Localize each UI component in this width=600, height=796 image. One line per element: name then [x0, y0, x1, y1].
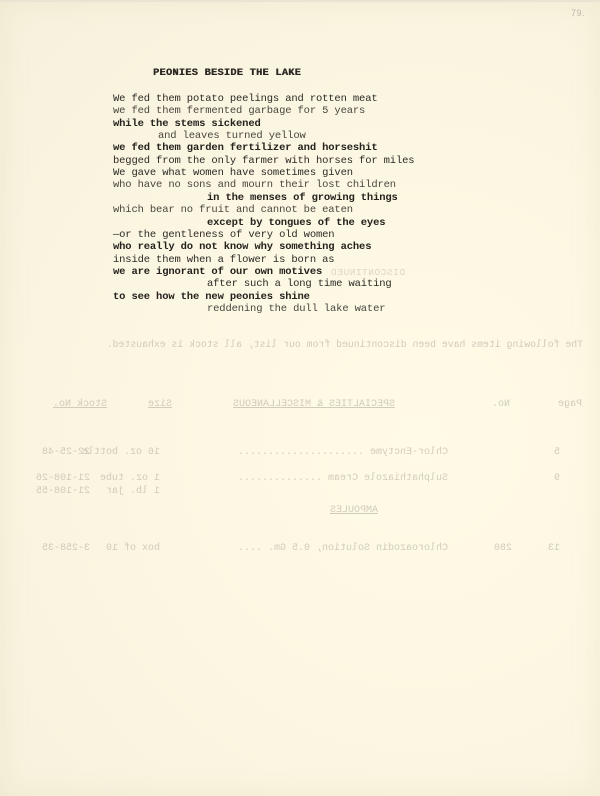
poem-line: begged from the only farmer with horses … — [113, 155, 414, 167]
poem-line: while the stems sickened — [113, 118, 261, 130]
bleed-item-size: 1 oz. tube — [100, 473, 160, 484]
poem-line: we fed them fermented garbage for 5 year… — [113, 105, 365, 117]
poem-line: to see how the new peonies shine — [113, 291, 310, 303]
bleed-heading: DISCONTINUED — [331, 267, 405, 278]
bleed-item-stock: 21-108-26 — [36, 473, 90, 484]
poem-line: and leaves turned yellow — [158, 130, 306, 142]
bleed-item-page: 5 — [554, 447, 560, 458]
bleed-item-page: 13 — [548, 543, 560, 554]
poem-line: who have no sons and mourn their lost ch… — [113, 179, 396, 191]
poem-line: reddening the dull lake water — [207, 303, 385, 315]
bleed-item-name: Sulphathiazole Cream .............. — [238, 473, 448, 484]
bleed-item-stock: 3-258-35 — [42, 543, 90, 554]
poem-line: We fed them potato peelings and rotten m… — [113, 93, 378, 105]
bleed-item-page: 9 — [554, 473, 560, 484]
bleed-item-name: Chlor-Enctyme ..................... — [238, 447, 448, 458]
bleed-item-stock: 22-25-48 — [42, 447, 90, 458]
poem-line: —or the gentleness of very old women — [113, 229, 334, 241]
poem-line: after such a long time waiting — [207, 278, 392, 290]
bleed-item-size: 1 lb. jar — [106, 486, 160, 497]
poem-title: PEONIES BESIDE THE LAKE — [153, 67, 301, 79]
bleed-section2: AMPOULES — [330, 505, 378, 516]
bleed-intro: The following items have been discontinu… — [107, 339, 583, 350]
bleed-item-stock: 21-108-55 — [36, 486, 90, 497]
bleed-item-name: Chloroazodin Solution, 0.5 Gm. .... — [238, 543, 448, 554]
poem-line: we are ignorant of our own motives — [113, 266, 322, 278]
bleed-col-size: Size — [148, 399, 172, 410]
poem-line: who really do not know why something ach… — [113, 241, 371, 253]
bleed-item-size: 16 oz. bottle — [82, 447, 160, 458]
poem-line: which bear no fruit and cannot be eaten — [113, 204, 353, 216]
bleed-col-no: No. — [492, 399, 510, 410]
poem-line: we fed them garden fertilizer and horses… — [113, 142, 378, 154]
bleed-col-page: Page — [558, 399, 582, 410]
poem-line: We gave what women have sometimes given — [113, 167, 353, 179]
poem-line: in the menses of growing things — [207, 192, 398, 204]
poem-line: inside them when a flower is born as — [113, 254, 334, 266]
bleed-through-text: DISCONTINUED The following items have be… — [0, 0, 600, 796]
document-page: 79. DISCONTINUED The following items hav… — [0, 0, 600, 796]
bleed-item-size: box of 10 — [106, 543, 160, 554]
bleed-col-stock: Stock No. — [53, 399, 107, 410]
poem-line: except by tongues of the eyes — [207, 217, 385, 229]
bleed-item-no: 280 — [494, 543, 512, 554]
bleed-col-section: SPECIALTIES & MISCELLANEOUS — [233, 399, 395, 410]
